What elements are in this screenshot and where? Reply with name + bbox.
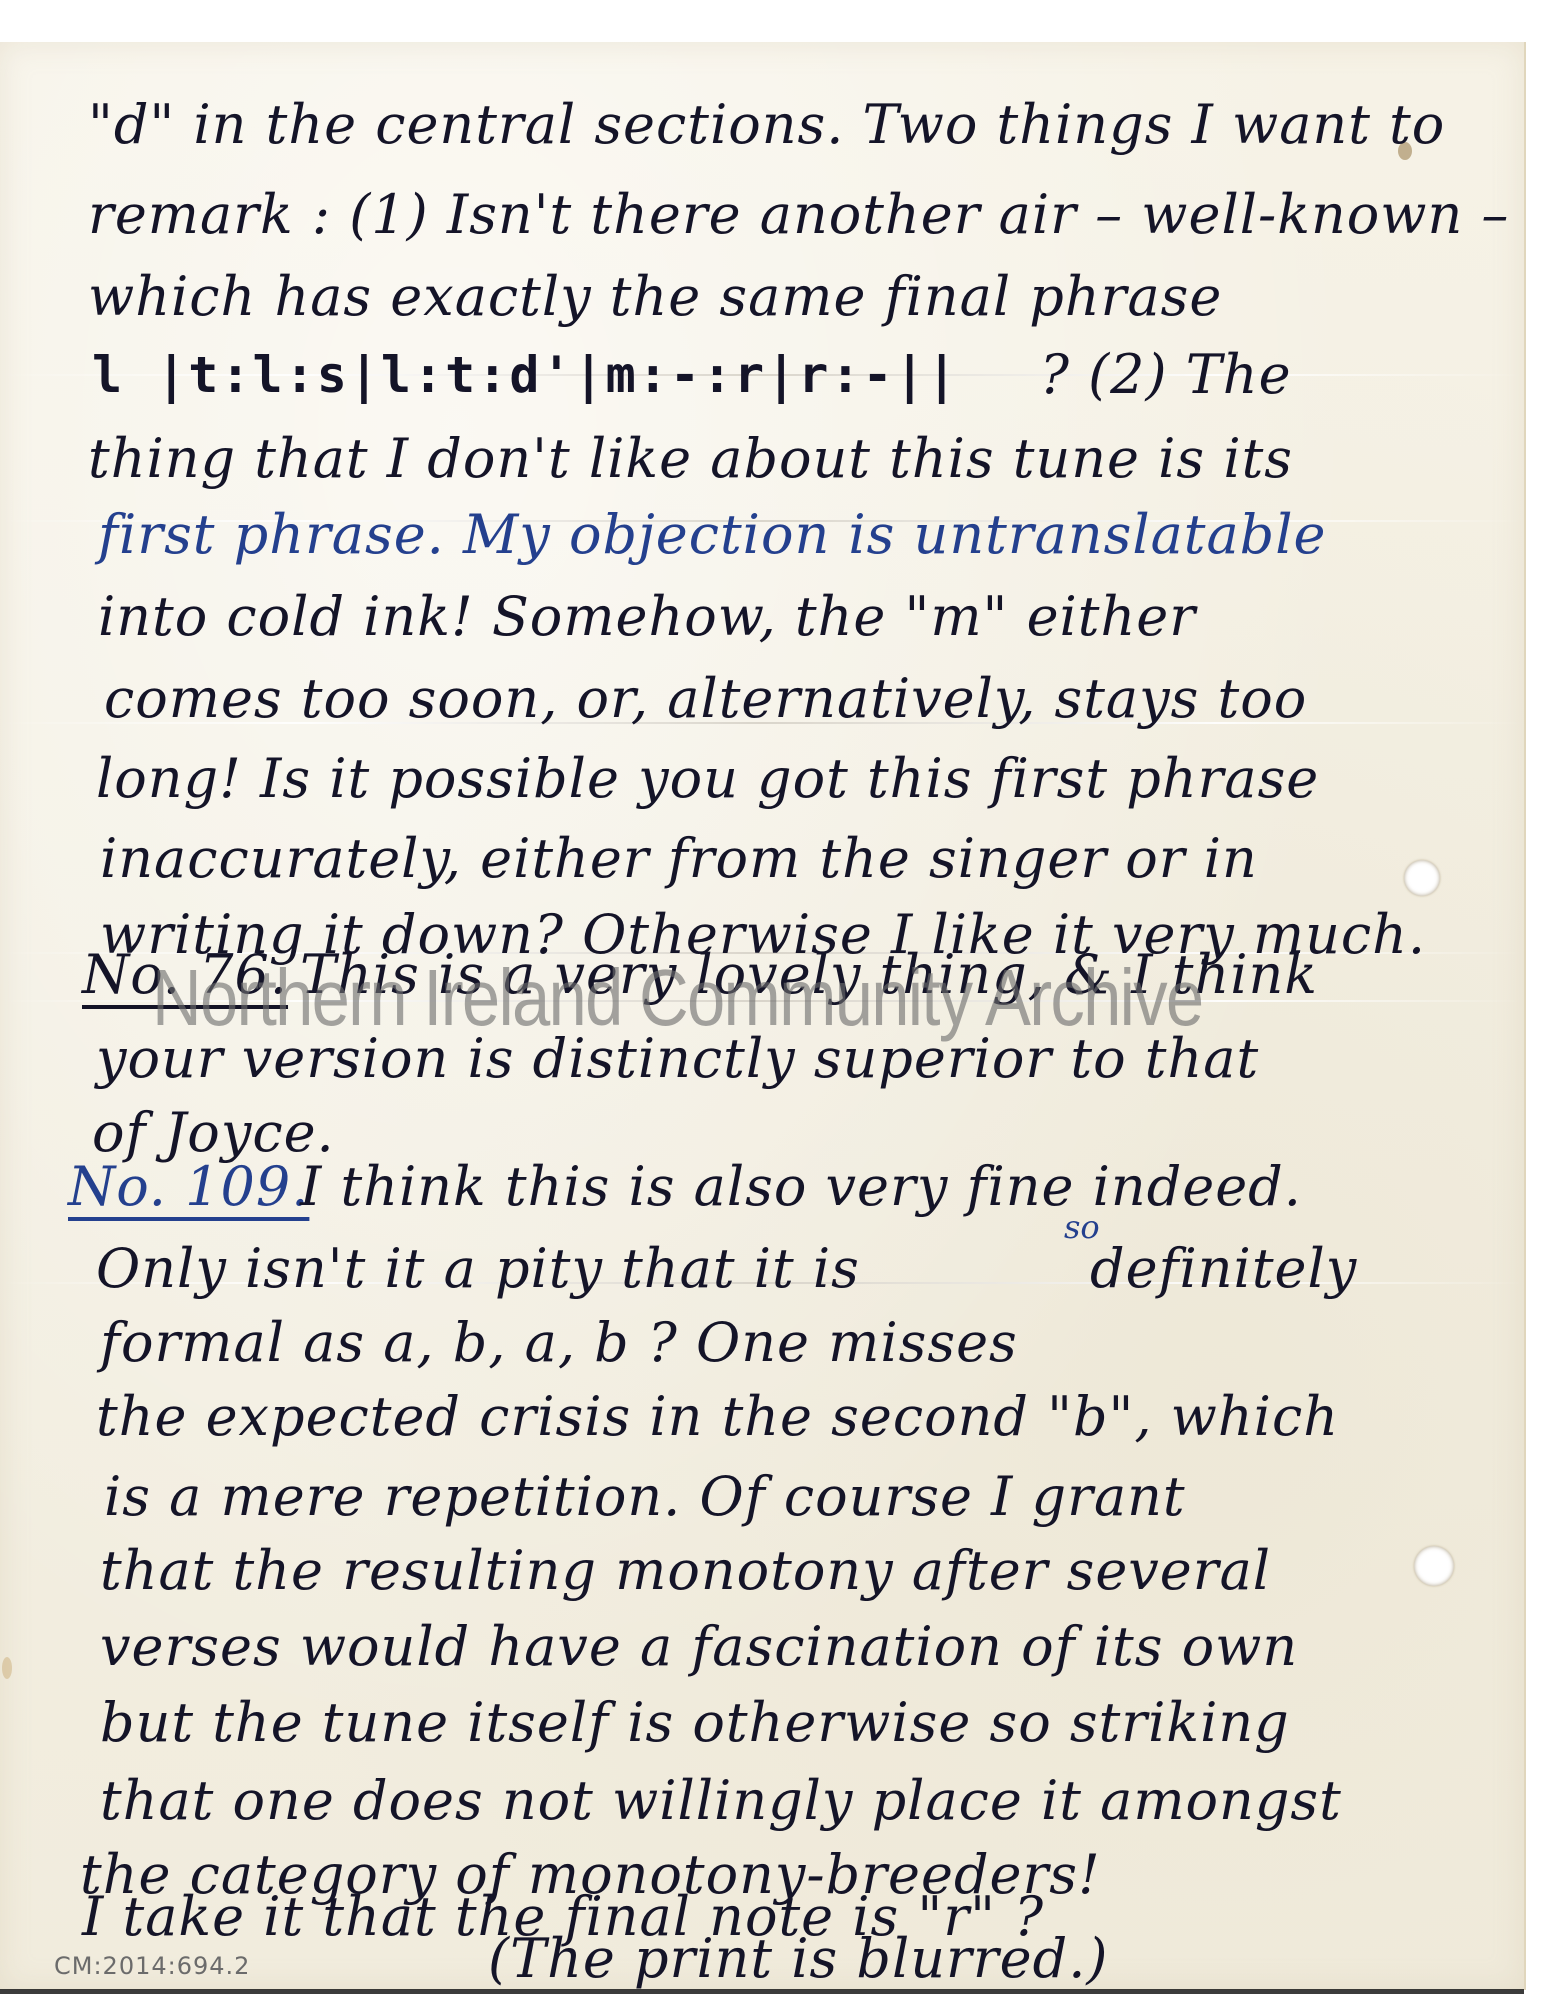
letter-line: that the resulting monotony after severa…: [100, 1544, 1271, 1598]
letter-line: into cold ink! Somehow, the "m" either: [98, 590, 1196, 644]
letter-line: verses would have a fascination of its o…: [100, 1620, 1298, 1674]
letter-line: which has exactly the same final phrase: [88, 270, 1222, 324]
item-number-76: No. 76.: [82, 948, 288, 1002]
letter-line: "d" in the central sections. Two things …: [88, 98, 1445, 152]
letter-line: (The print is blurred.): [488, 1932, 1108, 1986]
letter-line: I think this is also very fine indeed.: [300, 1160, 1302, 1214]
letter-line: remark : (1) Isn't there another air – w…: [88, 188, 1509, 242]
letter-page: "d" in the central sections. Two things …: [0, 42, 1526, 1990]
letter-line: is a mere repetition. Of course I grant: [104, 1470, 1186, 1524]
letter-line: definitely: [1090, 1242, 1357, 1296]
letter-line: formal as a, b, a, b ? One misses: [100, 1316, 1018, 1370]
item-number-109: No. 109.: [68, 1160, 309, 1214]
letter-line: This is a very lovely thing, & I think: [300, 948, 1318, 1002]
letter-line: long! Is it possible you got this first …: [96, 752, 1319, 806]
letter-line: ? (2) The: [1040, 348, 1292, 402]
catalog-number: CM:2014:694.2: [54, 1952, 250, 1980]
punch-hole: [1404, 860, 1440, 896]
letter-line: but the tune itself is otherwise so stri…: [100, 1696, 1290, 1750]
letter-line: first phrase. My objection is untranslat…: [98, 508, 1326, 562]
letter-line: comes too soon, or, alternatively, stays…: [104, 672, 1307, 726]
letter-line: Only isn't it a pity that it is: [96, 1242, 860, 1296]
punch-hole: [1414, 1546, 1454, 1586]
letter-line: that one does not willingly place it amo…: [100, 1774, 1342, 1828]
letter-line: the expected crisis in the second "b", w…: [96, 1390, 1339, 1444]
tonic-sol-fa-phrase: l |t:l:s|l:t:d'|m:-:r|r:-||: [92, 350, 959, 400]
letter-line: thing that I don't like about this tune …: [88, 432, 1293, 486]
paper-stain: [2, 1657, 12, 1679]
letter-line: your version is distinctly superior to t…: [96, 1032, 1259, 1086]
letter-line: of Joyce.: [92, 1106, 335, 1160]
letter-line: inaccurately, either from the singer or …: [100, 832, 1258, 886]
